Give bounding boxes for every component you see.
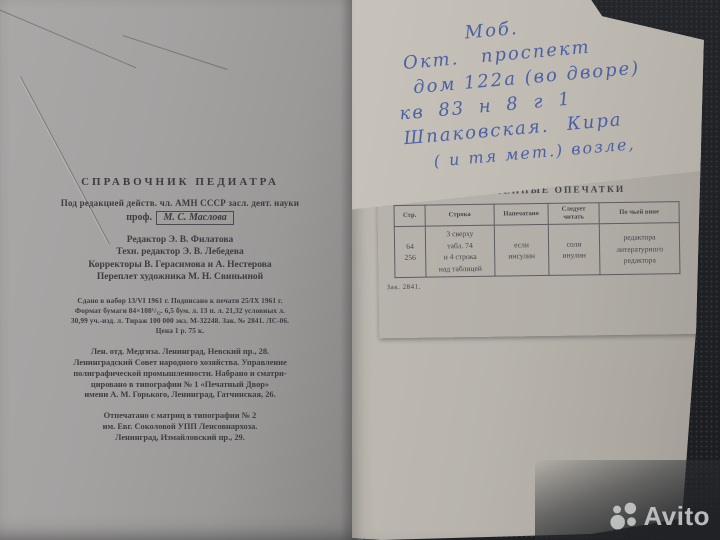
- edited-by-line: Под редакцией действ. чл. АМН СССР засл.…: [26, 198, 334, 208]
- printer-line: Ленинград, Измайловский пр., 29.: [26, 433, 334, 444]
- imprint-small-block: Сдано в набор 13/VI 1961 г. Подписано к …: [26, 296, 334, 335]
- printer-line: Отпечатано с матриц в типографии № 2: [26, 411, 334, 422]
- imprint-line: Сдано в набор 13/VI 1961 г. Подписано к …: [26, 296, 334, 306]
- printer-line: им. Евг. Соколовой УПП Ленсовнархоза.: [26, 422, 334, 433]
- avito-watermark: Avito: [609, 501, 710, 532]
- handwritten-note: Моб. Окт. проспект дом 122а (во дворе) к…: [392, 6, 648, 177]
- col-header-blame: По чьей вине: [599, 202, 679, 225]
- publisher-line: Ленинградский Совет народного хозяйства.…: [26, 358, 334, 369]
- publisher-line: Лен. отд. Медгиза. Ленинград, Невский пр…: [26, 347, 334, 358]
- publisher-line: цировано в типографии № 1 «Печатный Двор…: [26, 380, 334, 391]
- book-photo: СПРАВОЧНИК ПЕДИАТРА Под редакцией действ…: [0, 0, 720, 540]
- avito-logo-icon: [609, 502, 639, 532]
- imprint-line: Формат бумаги 84×108¹/₃₂. 6,5 бум. л. 13…: [26, 306, 334, 316]
- left-page: СПРАВОЧНИК ПЕДИАТРА Под редакцией действ…: [0, 0, 363, 540]
- publisher-block: Лен. отд. Медгиза. Ленинград, Невский пр…: [26, 347, 334, 402]
- publisher-line: имени А. М. Горького, Ленинград, Гатчинс…: [26, 390, 334, 401]
- printer-block: Отпечатано с матриц в типографии № 2 им.…: [26, 411, 334, 444]
- col-header-line: Строка: [425, 204, 494, 226]
- cell-page: 64 256: [394, 227, 426, 278]
- editor-name-line: проф. М. С. Маслова: [26, 211, 334, 225]
- cell-printed: если инсулин: [494, 225, 549, 276]
- credit-line: Переплет художника М. Н. Свиньиной: [26, 271, 334, 283]
- editor-name-box: М. С. Маслова: [156, 211, 233, 225]
- publisher-line: полиграфической промышленности. Набрано …: [26, 369, 334, 380]
- credit-line: Редактор Э. В. Филатова: [26, 234, 334, 246]
- book-title: СПРАВОЧНИК ПЕДИАТРА: [26, 176, 334, 188]
- imprint-line: 30,99 уч.-изд. л. Тираж 100 000 экз. М-3…: [26, 316, 334, 326]
- colophon-block: СПРАВОЧНИК ПЕДИАТРА Под редакцией действ…: [26, 176, 334, 444]
- credit-line: Корректоры В. Герасимова и А. Нестерова: [26, 259, 334, 271]
- right-page: ЗАМЕЧЕННЫЕ ОПЕЧАТКИ Стр. Строка Напечата…: [352, 0, 720, 540]
- errata-table: Стр. Строка Напечатано Следует читать По…: [393, 201, 680, 278]
- cell-correct: соли инулин: [548, 224, 600, 275]
- prof-prefix: проф.: [126, 212, 152, 223]
- col-header-printed: Напечатано: [494, 203, 548, 225]
- credit-line: Техн. редактор Э. В. Лебедева: [26, 246, 334, 258]
- page-crease: [123, 35, 228, 70]
- imprint-line: Цена 1 р. 75 к.: [26, 326, 334, 336]
- col-header-correct: Следует читать: [548, 203, 599, 225]
- credits-block: Редактор Э. В. Филатова Техн. редактор Э…: [26, 234, 334, 283]
- errata-footnote: Зак. 2841.: [387, 279, 709, 291]
- errata-data-row: 64 256 3 сверху табл. 74 и 4 строка над …: [394, 223, 680, 278]
- watermark-text: Avito: [643, 501, 710, 532]
- cell-line: 3 сверху табл. 74 и 4 строка над таблице…: [425, 226, 495, 278]
- cell-blame: редактора литературного редактора: [599, 223, 680, 275]
- col-header-page: Стр.: [394, 205, 425, 227]
- page-crease: [0, 9, 136, 69]
